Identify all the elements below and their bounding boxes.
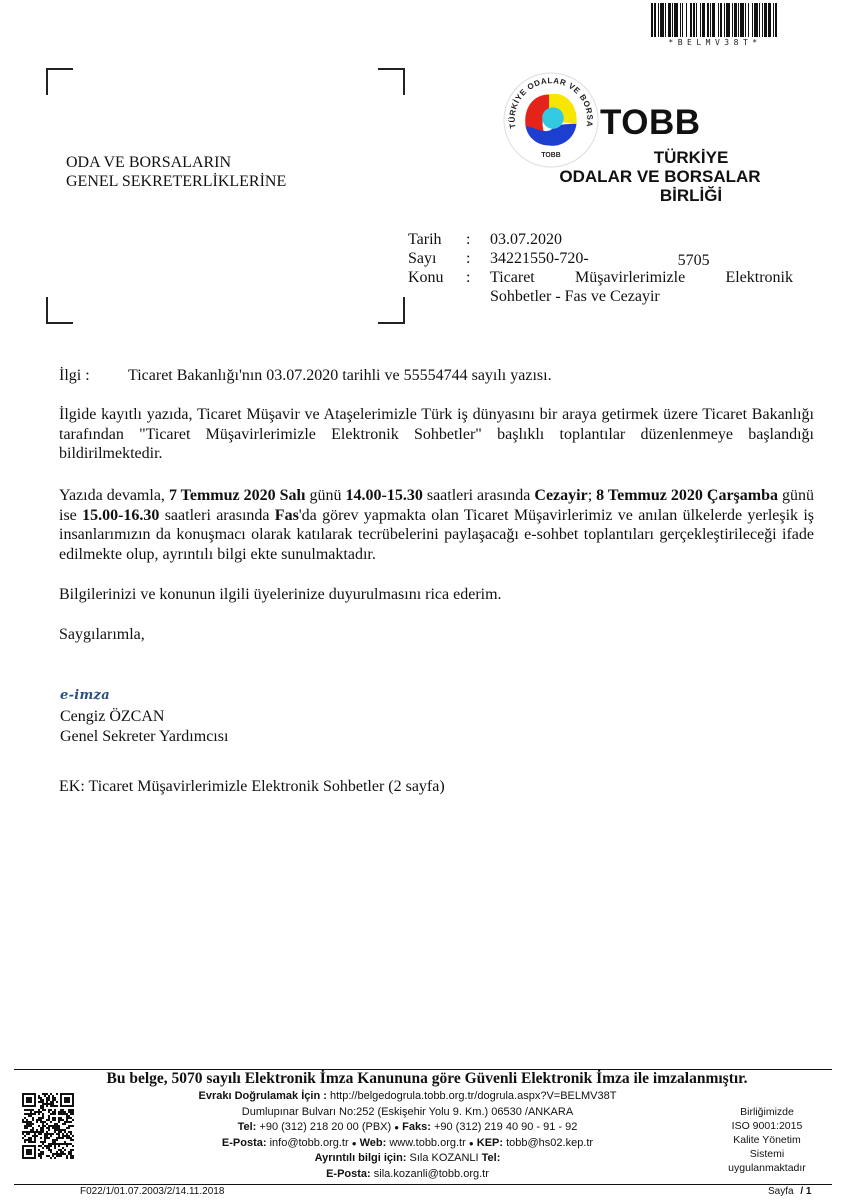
kep-label: KEP:	[477, 1137, 503, 1149]
footer-info-email-line: E-Posta: sila.kozanli@tobb.org.tr	[125, 1167, 690, 1183]
recipient-address: ODA VE BORSALARIN GENEL SEKRETERLİKLERİN…	[66, 153, 286, 191]
meta-number-suffix: 5705	[593, 252, 710, 269]
signer-title: Genel Sekreter Yardımcısı	[60, 727, 228, 747]
footer-legal-notice: Bu belge, 5070 sayılı Elektronik İmza Ka…	[0, 1070, 844, 1088]
crop-mark-bottom-left	[46, 297, 73, 324]
footer-info-line: Ayrıntılı bilgi için: Sıla KOZANLI Tel:	[125, 1151, 690, 1167]
e-signature-mark: e-imza	[60, 688, 110, 703]
iso-line: Sistemi	[722, 1147, 812, 1161]
meta-date-label: Tarih	[408, 230, 466, 249]
meta-number-wrap: 34221550-720- 5705	[490, 249, 793, 268]
iso-line: ISO 9001:2015	[722, 1119, 812, 1133]
crop-mark-top-left	[46, 68, 73, 95]
para2-text: Yazıda devamla,	[59, 487, 169, 504]
para2-text: günü	[305, 487, 345, 504]
meta-colon: :	[466, 268, 490, 306]
para2-bold-country-2: Fas	[275, 507, 299, 524]
body-paragraph-1: İlgide kayıtlı yazıda, Ticaret Müşavir v…	[59, 405, 814, 464]
meta-subject-label: Konu	[408, 268, 466, 306]
signer-block: Cengiz ÖZCAN Genel Sekreter Yardımcısı	[60, 707, 228, 746]
barcode-code-text: *BELMV38T*	[651, 38, 779, 47]
meta-colon: :	[466, 249, 490, 268]
footer-online-line: E-Posta: info@tobb.org.tr ● Web: www.tob…	[125, 1136, 690, 1152]
page-number: Sayfa / 1	[768, 1186, 811, 1197]
para2-bold-time-2: 15.00-16.30	[82, 507, 159, 524]
logo-subtitle: TÜRKİYE ODALAR VE BORSALAR BİRLİĞİ	[540, 148, 780, 205]
para2-bold-date-1: 7 Temmuz 2020 Salı	[169, 487, 306, 504]
body-paragraph-2: Yazıda devamla, 7 Temmuz 2020 Salı günü …	[59, 486, 814, 564]
fax-value: +90 (312) 219 40 90 - 91 - 92	[434, 1121, 577, 1133]
iso-line: uygulanmaktadır	[722, 1161, 812, 1175]
meta-date-row: Tarih : 03.07.2020	[408, 230, 793, 249]
form-code: F022/1/01.07.2003/2/14.11.2018	[80, 1186, 224, 1197]
crop-mark-top-right	[378, 68, 405, 95]
reference-label: İlgi :	[59, 367, 128, 385]
body-paragraph-3: Bilgilerinizi ve konunun ilgili üyelerin…	[59, 585, 814, 605]
crop-mark-bottom-right	[378, 297, 405, 324]
attachment-line: EK: Ticaret Müşavirlerimizle Elektronik …	[59, 777, 814, 797]
logo-subtitle-line-3: BİRLİĞİ	[540, 186, 780, 205]
fax-label: Faks:	[402, 1121, 431, 1133]
bullet-icon: ●	[352, 1139, 357, 1148]
email-label: E-Posta:	[222, 1137, 267, 1149]
info-label: Ayrıntılı bilgi için:	[315, 1152, 407, 1164]
iso-line: Kalite Yönetim	[722, 1133, 812, 1147]
document-meta: Tarih : 03.07.2020 Sayı : 34221550-720- …	[408, 230, 793, 306]
footer-bottom-rule	[14, 1184, 832, 1185]
logo-subtitle-line-1: TÜRKİYE	[540, 148, 780, 167]
web-label: Web:	[360, 1137, 387, 1149]
footer-contact-block: Evrakı Doğrulamak İçin : http://belgedog…	[125, 1089, 690, 1182]
reference-text: Ticaret Bakanlığı'nın 03.07.2020 tarihli…	[128, 367, 552, 385]
web-link[interactable]: www.tobb.org.tr	[389, 1137, 465, 1149]
subject-word: Müşavirlerimizle	[575, 268, 685, 287]
meta-number-row: Sayı : 34221550-720- 5705	[408, 249, 793, 268]
bullet-icon: ●	[469, 1139, 474, 1148]
recipient-line-2: GENEL SEKRETERLİKLERİNE	[66, 172, 286, 191]
footer-phone-line: Tel: +90 (312) 218 20 00 (PBX) ● Faks: +…	[125, 1120, 690, 1136]
closing-line: Saygılarımla,	[59, 625, 814, 645]
meta-number-value: 34221550-720-	[490, 250, 589, 267]
recipient-line-1: ODA VE BORSALARIN	[66, 153, 286, 172]
para2-text: ;	[588, 487, 596, 504]
verification-qr-code	[22, 1093, 74, 1159]
page-value: / 1	[796, 1186, 811, 1197]
para2-bold-country-1: Cezayir	[534, 487, 587, 504]
info-contact-name: Sıla KOZANLI	[410, 1152, 479, 1164]
info-email-link[interactable]: sila.kozanli@tobb.org.tr	[374, 1168, 489, 1180]
tel-value: +90 (312) 218 20 00 (PBX)	[259, 1121, 391, 1133]
verify-label: Evrakı Doğrulamak İçin :	[199, 1090, 327, 1102]
meta-subject-line-1: Ticaret Müşavirlerimizle Elektronik	[490, 268, 793, 287]
para2-bold-time-1: 14.00-15.30	[346, 487, 423, 504]
meta-subject-line-2: Sohbetler - Fas ve Cezayir	[490, 287, 793, 306]
footer-address: Dumlupınar Bulvarı No:252 (Eskişehir Yol…	[125, 1105, 690, 1121]
document-barcode	[651, 3, 779, 37]
meta-date-value: 03.07.2020	[490, 230, 793, 249]
signer-name: Cengiz ÖZCAN	[60, 707, 228, 727]
meta-number-label: Sayı	[408, 249, 466, 268]
subject-word: Ticaret	[490, 268, 535, 287]
para2-bold-date-2: 8 Temmuz 2020 Çarşamba	[596, 487, 778, 504]
kep-value: tobb@hs02.kep.tr	[506, 1137, 593, 1149]
para2-text: saatleri arasında	[423, 487, 535, 504]
tel-label: Tel:	[238, 1121, 257, 1133]
iso-line: Birliğimizde	[722, 1105, 812, 1119]
logo-subtitle-line-2: ODALAR VE BORSALAR	[540, 167, 780, 186]
reference-line: İlgi : Ticaret Bakanlığı'nın 03.07.2020 …	[59, 367, 552, 385]
info-email-label: E-Posta:	[326, 1168, 371, 1180]
meta-colon: :	[466, 230, 490, 249]
para2-text: saatleri arasında	[159, 507, 274, 524]
bullet-icon: ●	[394, 1123, 399, 1132]
verify-url-link[interactable]: http://belgedogrula.tobb.org.tr/dogrula.…	[330, 1090, 617, 1102]
page-label: Sayfa	[768, 1186, 794, 1197]
logo-title: TOBB	[600, 103, 701, 143]
meta-subject-row: Konu : Ticaret Müşavirlerimizle Elektron…	[408, 268, 793, 306]
info-tel-label: Tel:	[482, 1152, 501, 1164]
subject-word: Elektronik	[725, 268, 793, 287]
iso-certification-note: Birliğimizde ISO 9001:2015 Kalite Yöneti…	[722, 1105, 812, 1175]
email-link[interactable]: info@tobb.org.tr	[270, 1137, 349, 1149]
footer-verify-line: Evrakı Doğrulamak İçin : http://belgedog…	[125, 1089, 690, 1105]
meta-subject-value: Ticaret Müşavirlerimizle Elektronik Sohb…	[490, 268, 793, 306]
